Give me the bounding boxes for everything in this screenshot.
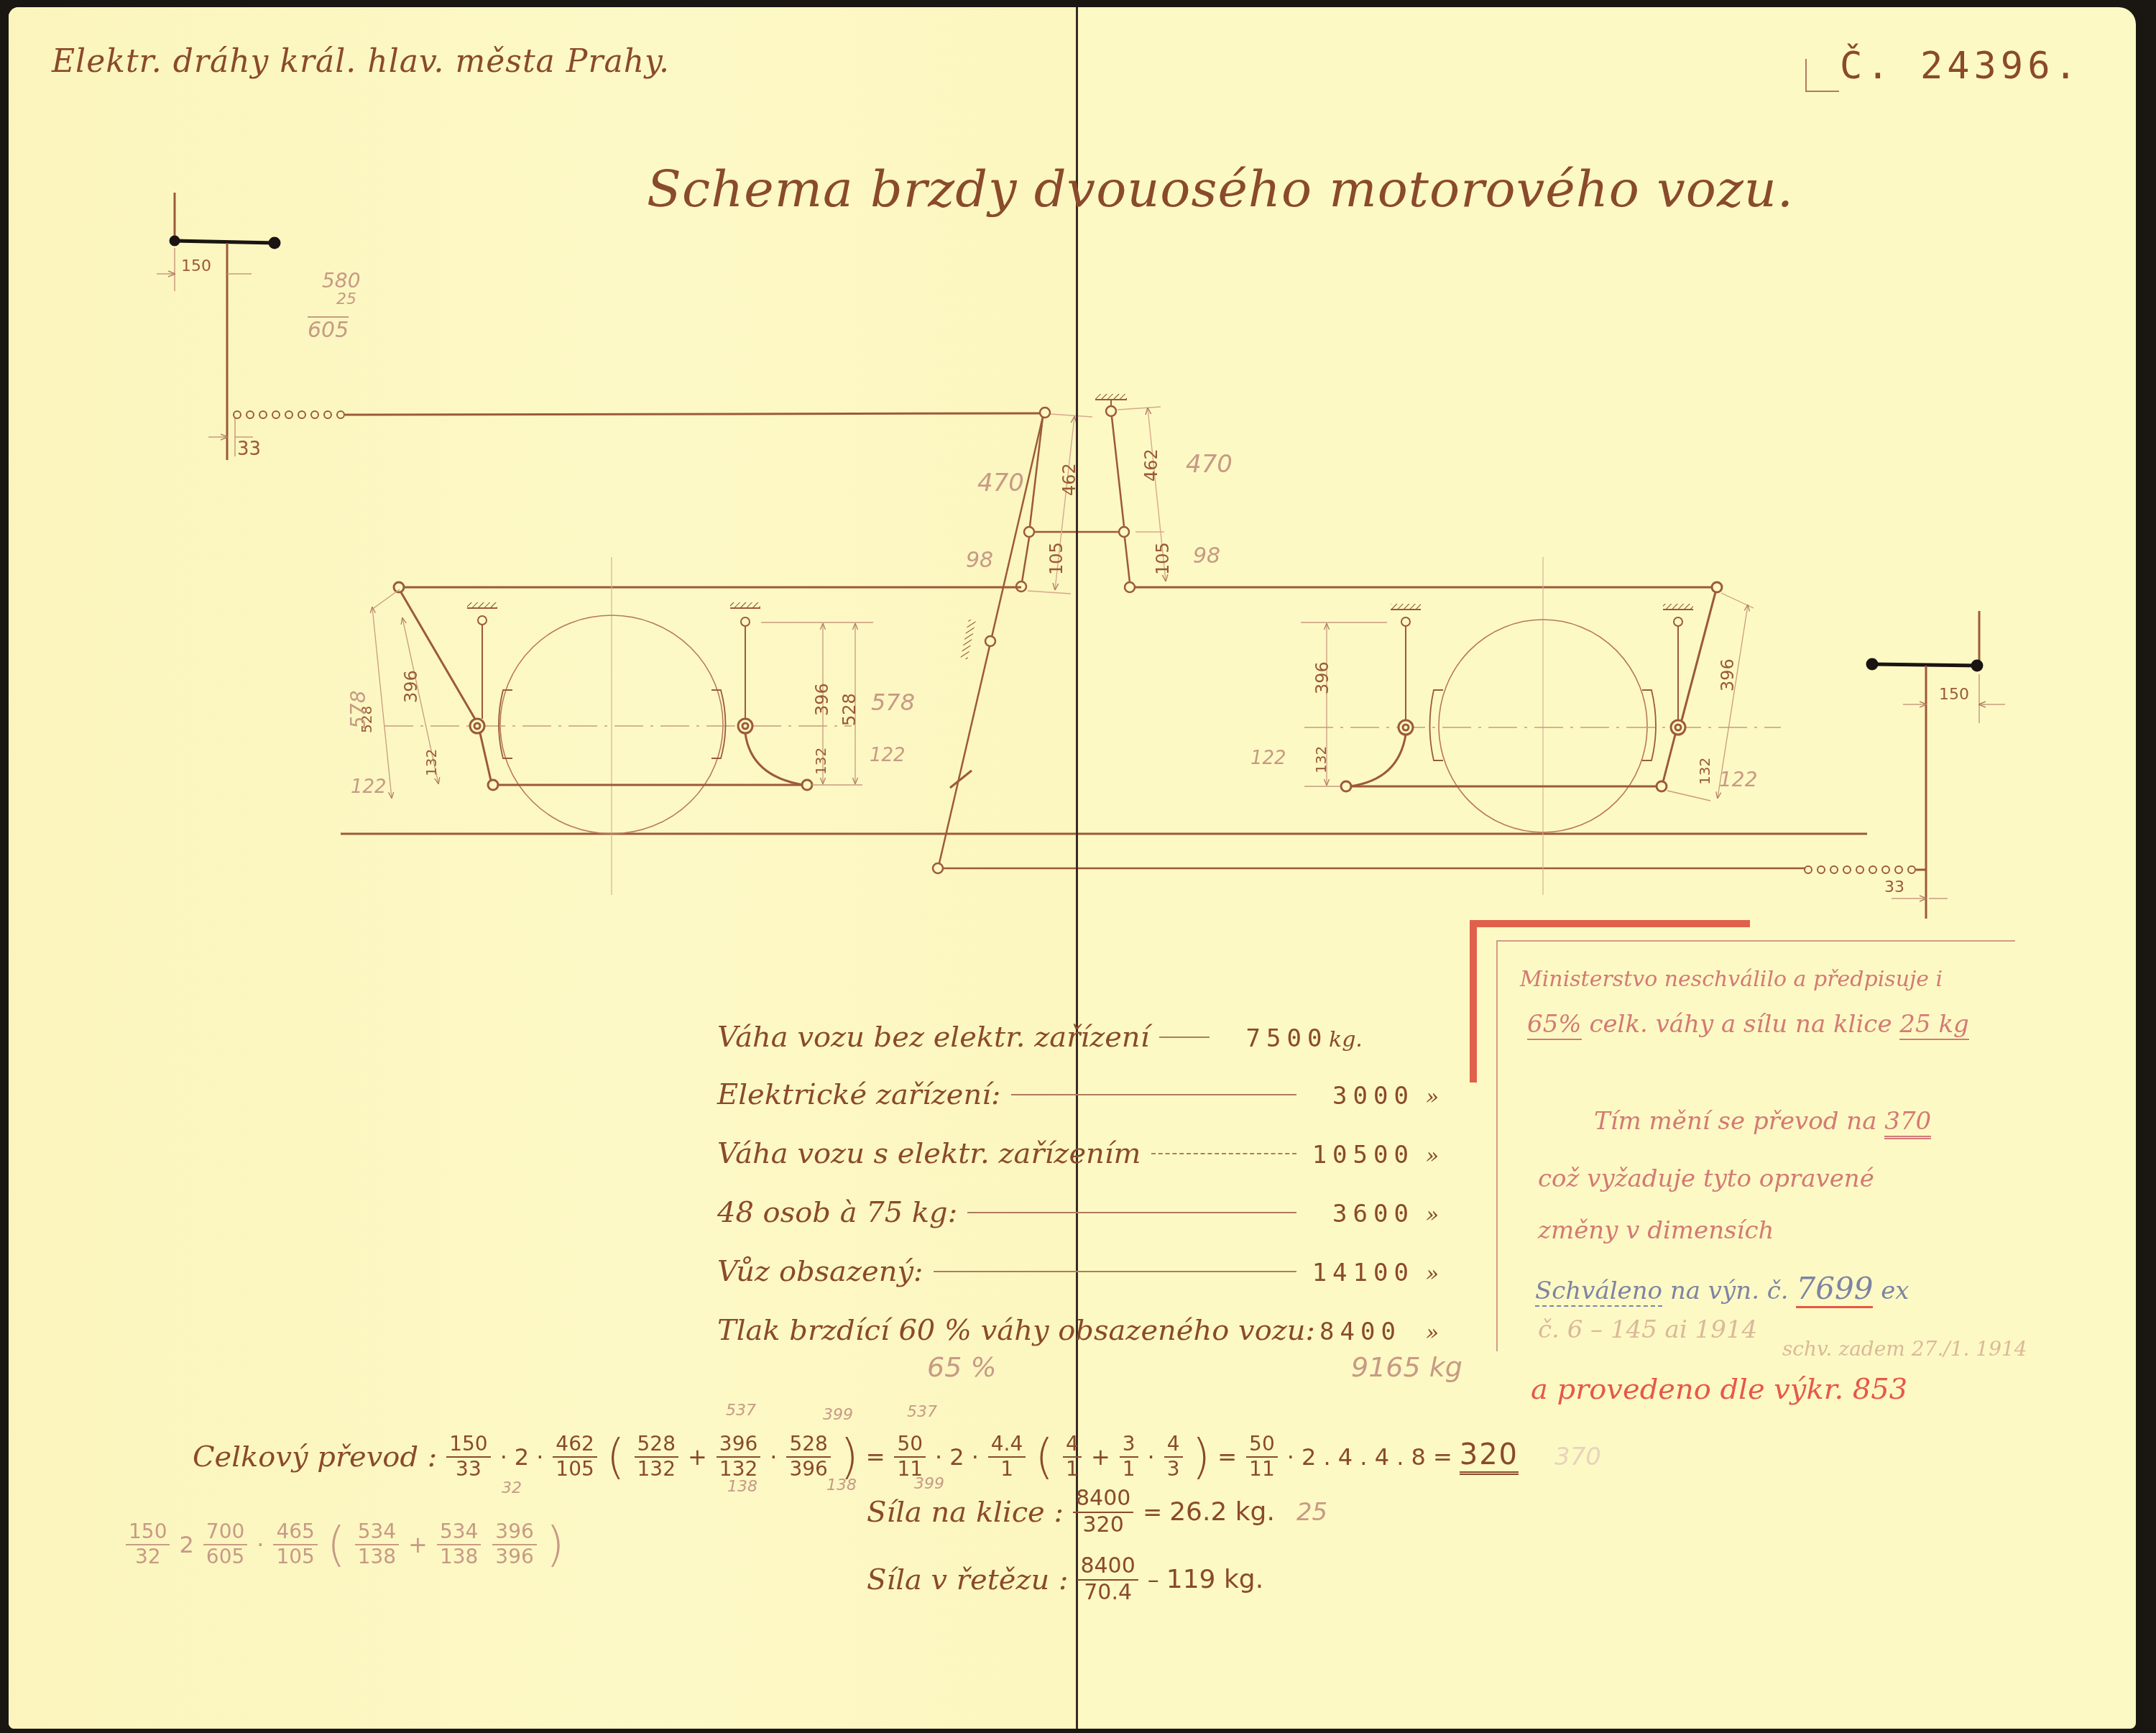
- weights-row: Váha vozu bez elektr. zařízení 7500 kg.: [717, 1021, 1450, 1064]
- fraction: 396132: [714, 1433, 763, 1480]
- handle-force-formula: Síla na klice : 8400320 = 26.2 kg. 25: [867, 1486, 1327, 1537]
- weights-row-label: Elektrické zařízení:: [717, 1078, 1001, 1111]
- organization-header: Elektr. dráhy král. hlav. města Prahy.: [52, 43, 670, 80]
- note-approval-number: 7699: [1796, 1271, 1873, 1308]
- document-number-prefix: Č.: [1840, 45, 1894, 88]
- note-line-3: Tím mění se převod na 370: [1594, 1107, 1931, 1136]
- dim-right-inner-396: 396: [1312, 661, 1332, 694]
- dim-left-inner-396: 396: [812, 683, 832, 716]
- chain-force-label: Síla v řetězu :: [867, 1563, 1068, 1596]
- chain-force-formula: Síla v řetězu : 840070.4 – 119 kg.: [867, 1554, 1263, 1605]
- weights-row: 48 osob à 75 kg: 3600 »: [717, 1196, 1450, 1239]
- pencil-below-c: 138: [826, 1476, 857, 1494]
- note-line-4: což vyžaduje tyto opravené: [1538, 1164, 1874, 1193]
- dim-right-lever-150: 150: [1939, 686, 1969, 704]
- handle-force-result: 26.2 kg.: [1169, 1497, 1275, 1527]
- fraction: 462105: [550, 1433, 599, 1480]
- weights-row-value: 3600: [1307, 1200, 1414, 1228]
- note-370: 370: [1884, 1107, 1931, 1139]
- weights-row-unit: »: [1414, 1320, 1450, 1346]
- note-approved-word: Schváleno: [1535, 1277, 1662, 1307]
- pencil-right-inner-122: 122: [1250, 748, 1286, 769]
- weights-row: Elektrické zařízení: 3000 »: [717, 1078, 1450, 1121]
- weights-row: Tlak brzdící 60 % váhy obsazeného vozu: …: [717, 1314, 1450, 1357]
- weights-row-label: 48 osob à 75 kg:: [717, 1196, 957, 1229]
- factor: 2: [949, 1443, 964, 1471]
- weights-row-value: 14100: [1307, 1259, 1414, 1287]
- dim-left-inner-528: 528: [839, 693, 860, 726]
- transmission-label: Celkový převod :: [193, 1440, 437, 1474]
- fraction: 41: [1061, 1433, 1084, 1480]
- fraction: 4.41: [986, 1433, 1028, 1480]
- note-line-2: 65% celk. váhy a sílu na klice 25 kg: [1527, 1010, 1969, 1039]
- weights-row-label: Tlak brzdící 60 % váhy obsazeného vozu:: [717, 1314, 1315, 1347]
- transmission-result: 320: [1460, 1438, 1519, 1475]
- dim-left-chain-33: 33: [237, 438, 261, 460]
- pencil-calc-580: 580: [322, 269, 360, 293]
- document-number-bracket: [1805, 59, 1839, 92]
- dim-left-outer-132: 132: [423, 749, 440, 776]
- pencil-below-a: 32: [502, 1479, 522, 1497]
- weights-row-label: Vůz obsazený:: [717, 1255, 923, 1288]
- pencil-correction-value: 9165 kg: [1351, 1351, 1462, 1383]
- fraction: 15032: [124, 1520, 172, 1568]
- pencil-handle-correction: 25: [1296, 1498, 1327, 1527]
- pencil-center-right-98: 98: [1193, 543, 1220, 569]
- dim-right-outer-396: 396: [1718, 658, 1738, 691]
- weights-row-value: 7500: [1220, 1024, 1327, 1053]
- left-hand-lever: [157, 193, 1042, 460]
- pencil-left-outer-122: 122: [351, 776, 387, 798]
- document-number: Č. 24396.: [1840, 45, 2081, 88]
- note-line-1: Ministerstvo neschválilo a předpisuje i: [1520, 967, 1943, 992]
- weights-row-value: 3000: [1307, 1082, 1414, 1111]
- fraction: 396396: [490, 1520, 538, 1568]
- note-approved-ref: na výn. č.: [1670, 1277, 1789, 1305]
- red-margin-mark: [1470, 920, 1750, 927]
- leader-line: [934, 1271, 1296, 1272]
- weights-row-label: Váha vozu s elektr. zařízením: [717, 1137, 1141, 1170]
- weights-row-unit: kg.: [1327, 1027, 1363, 1052]
- weights-row-label: Váha vozu bez elektr. zařízení: [717, 1021, 1149, 1054]
- weights-row-unit: »: [1414, 1203, 1450, 1228]
- factor: 2: [179, 1531, 193, 1558]
- note-line-5: změny v dimensích: [1538, 1216, 1774, 1245]
- weights-row-value: 10500: [1307, 1141, 1414, 1169]
- note-65-percent: 65%: [1527, 1010, 1582, 1040]
- fraction: 8400320: [1071, 1486, 1135, 1537]
- dim-left-inner-132: 132: [812, 748, 829, 775]
- note-approval-tail: ex: [1881, 1277, 1909, 1305]
- dim-left-lever-150: 150: [181, 257, 211, 275]
- dim-center-right-462: 462: [1141, 449, 1161, 482]
- weights-row-unit: »: [1414, 1144, 1450, 1169]
- right-wheelset: [1301, 557, 1781, 895]
- fraction: 534138: [353, 1520, 401, 1568]
- note-approval: Schváleno na výn. č. 7699 ex: [1535, 1271, 1909, 1306]
- dim-center-left-105: 105: [1046, 542, 1067, 575]
- note-executed: a provedeno dle výkr. 853: [1531, 1373, 1907, 1406]
- pencil-recalculation: 15032 2 700605 · 465105 ( 534138 + 53413…: [124, 1517, 565, 1572]
- leader-line: [967, 1212, 1296, 1213]
- note-date: schv. zadem 27./1. 1914: [1782, 1337, 2027, 1361]
- leader-line: [1151, 1153, 1296, 1154]
- dim-center-right-105: 105: [1153, 542, 1173, 575]
- chain-force-result: 119 kg.: [1166, 1565, 1263, 1594]
- pencil-center-left-98: 98: [966, 548, 993, 573]
- pencil-calc-605: 605: [308, 316, 349, 343]
- fraction: 528396: [784, 1433, 832, 1480]
- left-wheelset: [372, 557, 873, 895]
- factor: 2: [515, 1443, 529, 1471]
- note-ref-number: č. 6 – 145 ai 1914: [1538, 1315, 1757, 1344]
- fraction: 43: [1162, 1433, 1185, 1480]
- weights-row: Váha vozu s elektr. zařízením 10500 »: [717, 1137, 1450, 1180]
- pencil-below-b: 138: [727, 1478, 757, 1496]
- pencil-left-outer-578: 578: [346, 691, 370, 729]
- pencil-above-a: 537: [726, 1402, 756, 1420]
- right-hand-lever: [1805, 611, 2005, 919]
- pencil-center-right-470: 470: [1186, 450, 1233, 479]
- fraction: 840070.4: [1075, 1554, 1140, 1605]
- pencil-center-left-470: 470: [977, 469, 1024, 497]
- pencil-above-c: 537: [907, 1403, 937, 1421]
- dim-right-chain-33: 33: [1884, 878, 1904, 896]
- dim-center-left-462: 462: [1059, 463, 1079, 496]
- pencil-result-correction: 370: [1554, 1443, 1601, 1471]
- fraction: 31: [1118, 1433, 1141, 1480]
- fraction: 5011: [1244, 1433, 1280, 1480]
- product: 2 . 4 . 4 . 8: [1302, 1443, 1426, 1471]
- pencil-left-inner-122: 122: [870, 745, 906, 766]
- transmission-formula: Celkový převod : 15033 ·2· 462105 ( 5281…: [193, 1429, 1601, 1484]
- note-line-3-text: Tím mění se převod na: [1594, 1107, 1876, 1136]
- fraction: 15033: [444, 1433, 492, 1480]
- pencil-right-outer-122: 122: [1719, 768, 1757, 791]
- pencil-calc-25: 25: [336, 290, 356, 308]
- drawing-title: Schema brzdy dvouosého motorového vozu.: [647, 160, 1794, 219]
- pencil-above-b: 399: [823, 1406, 853, 1424]
- weights-row-value: 8400: [1319, 1318, 1401, 1346]
- red-margin-mark-vertical: [1470, 920, 1477, 1082]
- fraction: 465105: [271, 1520, 319, 1568]
- fraction: 534138: [435, 1520, 483, 1568]
- dim-right-outer-132: 132: [1696, 758, 1713, 785]
- fraction: 5011: [892, 1433, 928, 1480]
- pencil-left-inner-578: 578: [871, 689, 915, 716]
- brake-rods: [341, 587, 1867, 834]
- note-line-2-text: celk. váhy a sílu na klice: [1589, 1010, 1892, 1039]
- fraction: 528132: [632, 1433, 681, 1480]
- document-number-value: 24396.: [1920, 45, 2081, 88]
- note-25-kg: 25 kg: [1899, 1010, 1968, 1040]
- weights-row-unit: »: [1414, 1261, 1450, 1287]
- pencil-correction-percent: 65 %: [927, 1351, 997, 1383]
- dim-right-inner-132: 132: [1312, 746, 1330, 773]
- weights-row-unit: »: [1414, 1085, 1450, 1110]
- leader-line: [1011, 1094, 1296, 1095]
- dim-left-outer-396: 396: [401, 670, 421, 703]
- leader-line: [1159, 1036, 1210, 1038]
- weights-row: Vůz obsazený: 14100 »: [717, 1255, 1450, 1298]
- fraction: 700605: [201, 1520, 249, 1568]
- handle-force-label: Síla na klice :: [867, 1496, 1064, 1529]
